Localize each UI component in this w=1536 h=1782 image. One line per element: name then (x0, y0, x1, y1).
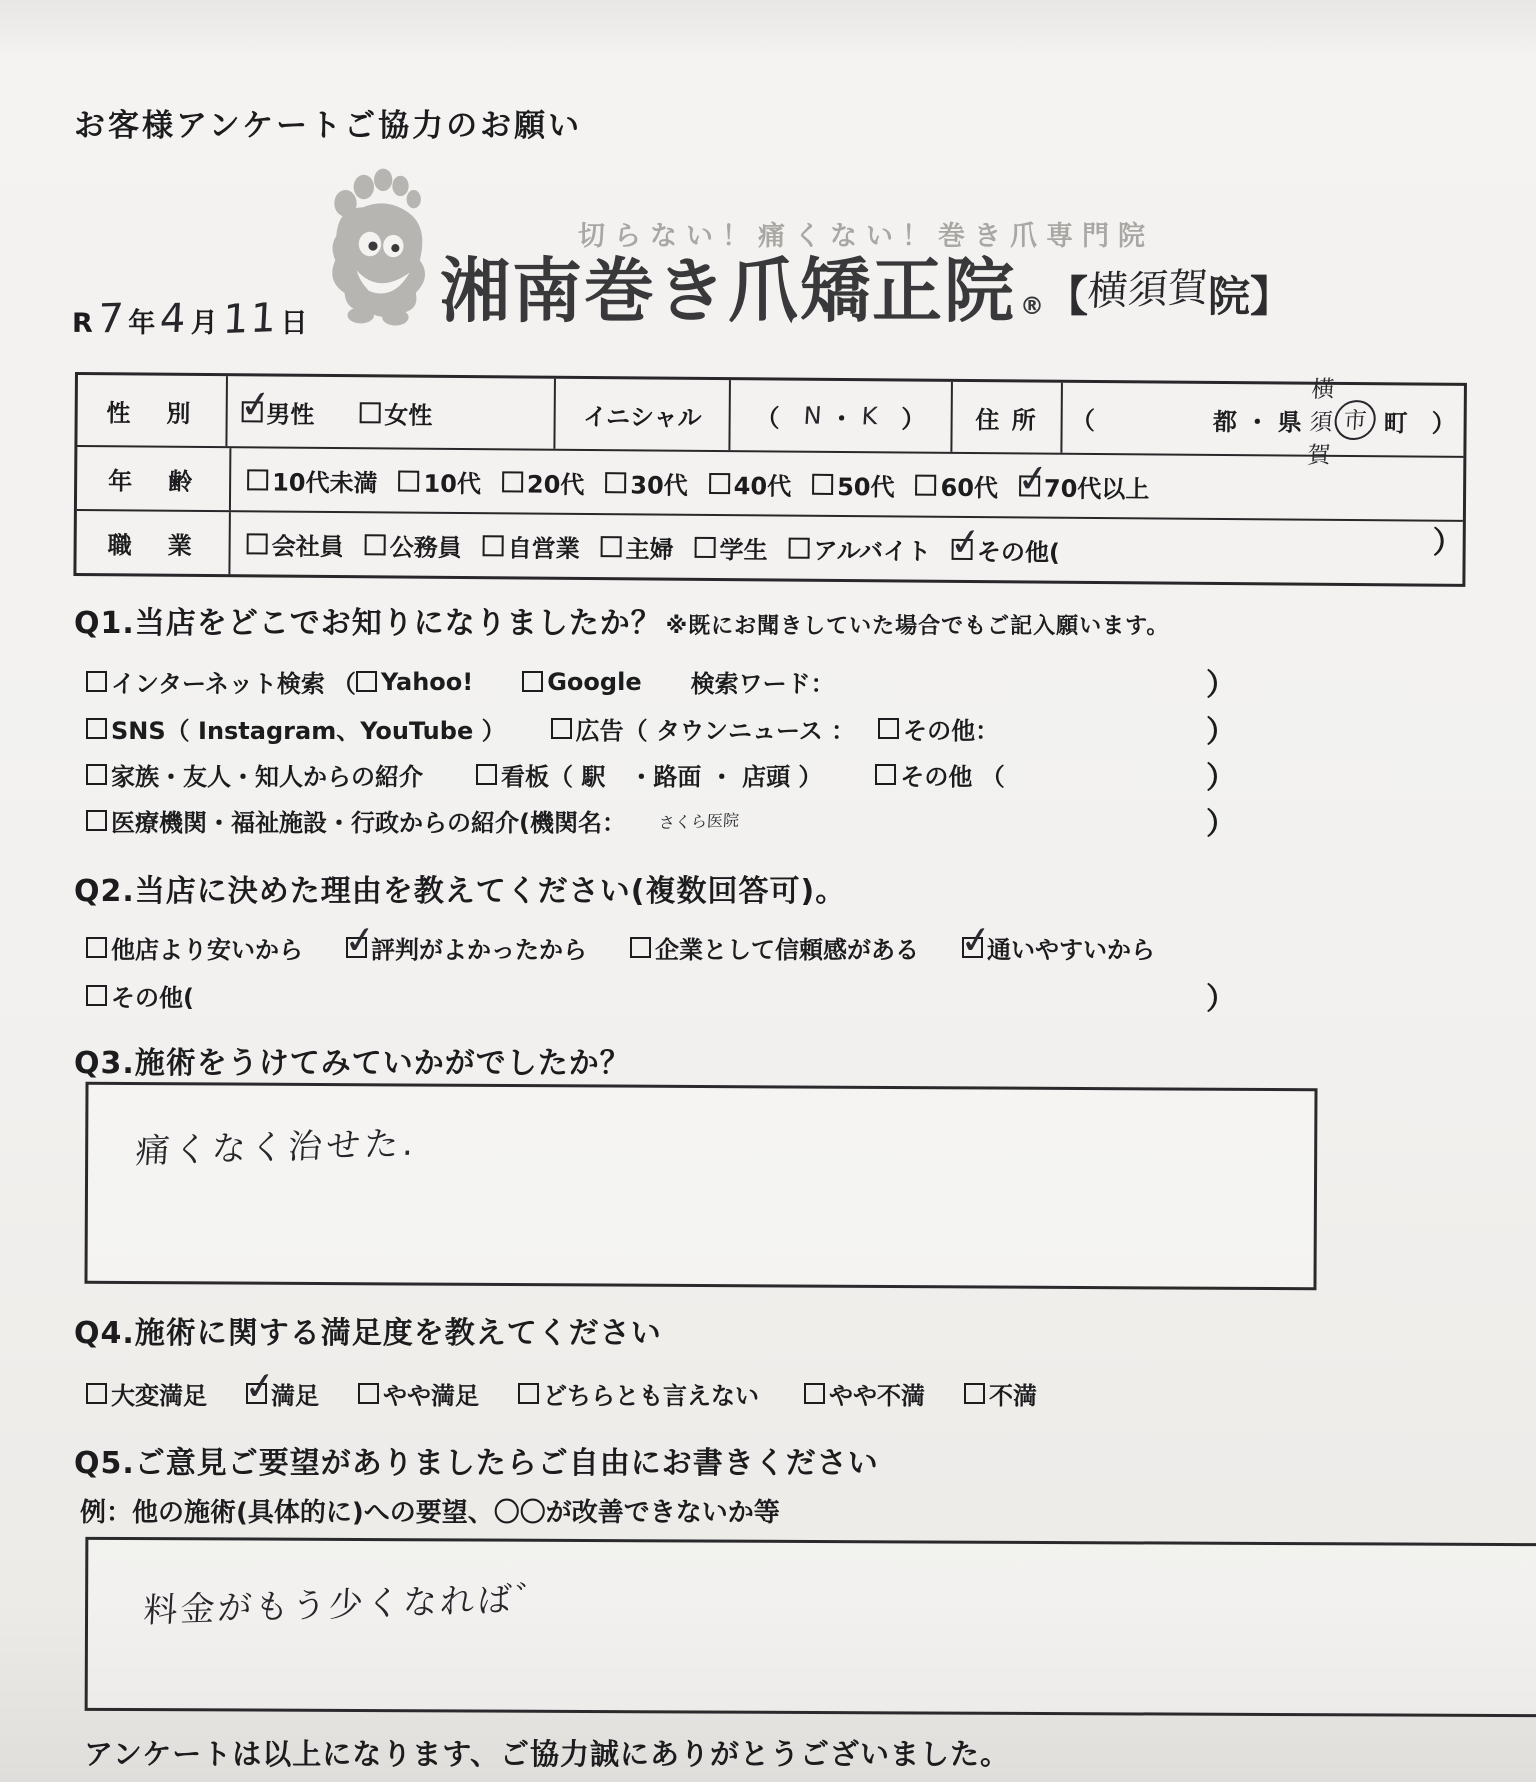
checkbox-label: 医療機関・福祉施設・行政からの紹介(機関名： (111, 803, 626, 838)
checkbox-icon: ✓ (246, 1383, 267, 1404)
registered-trademark-icon: ® (1020, 292, 1044, 320)
checkbox-option: 企業として信頼感がある (630, 930, 919, 965)
checkbox-option: その他： (878, 711, 999, 746)
checkbox-option: 女性 (359, 395, 432, 431)
checkbox-option: 他店より安いから (86, 930, 303, 965)
branch-bracket-open: 【 (1046, 272, 1088, 321)
checkbox-icon (86, 764, 107, 785)
printed-text: ） (901, 399, 925, 434)
checkbox-icon (247, 533, 268, 554)
branch-name-handwritten: 横須賀 (1086, 256, 1209, 317)
checkbox-icon (709, 472, 730, 493)
era-label: R (72, 308, 95, 339)
day-unit: 日 (281, 301, 310, 340)
checkbox-option: 広告（ タウンニュース ： (551, 711, 856, 746)
checkbox-icon (86, 810, 107, 831)
checkbox-option: ✓その他( (952, 531, 1060, 567)
checkbox-label: 通いやすいから (987, 930, 1155, 965)
checkbox-icon: ✓ (241, 401, 262, 422)
checkbox-option: ✓70代以上 (1019, 468, 1150, 504)
checkbox-label: 学生 (720, 530, 768, 565)
checkbox-option: 10代 (398, 463, 481, 499)
checkbox-icon (247, 469, 268, 490)
q3-handwritten-answer: 痛くなく治せた. (134, 1116, 418, 1173)
checkbox-label: 満足 (271, 1376, 319, 1411)
checkbox-option: SNS（ Instagram、YouTube ） (86, 711, 506, 746)
checkbox-icon (878, 718, 899, 739)
q2-heading: Q2.当店に決めた理由を教えてください(複数回答可)。 (74, 866, 846, 910)
logo-name-row: 湘南巻き爪矯正院 ® 【横須賀院】 (440, 255, 1292, 326)
checkbox-label: 他店より安いから (111, 930, 303, 965)
checkbox-icon: ✓ (346, 937, 367, 958)
checkbox-icon (502, 471, 523, 492)
checkbox-label: 20代 (527, 464, 585, 499)
checkbox-icon (483, 535, 504, 556)
q1-option-line: 家族・友人・知人からの紹介看板（ 駅 ・路面 ・ 店頭 ）その他 （） (86, 757, 1236, 792)
checkbox-icon (398, 470, 419, 491)
date-field: R 7 年 4 月 11 日 (72, 296, 310, 342)
checkbox-icon (365, 534, 386, 555)
checkbox-option: 60代 (915, 467, 998, 503)
checkbox-label: 家族・友人・知人からの紹介 (111, 757, 423, 792)
checkbox-icon (359, 402, 380, 423)
check-mark-icon: ✓ (948, 521, 983, 562)
checkbox-option: ✓通いやすいから (962, 930, 1155, 965)
q2-option-line: その他(） (86, 978, 1236, 1013)
logo-tagline: 切らない！痛くない！巻き爪専門院 (578, 214, 1154, 253)
address-value: （都 ・ 県横須賀市町 ） (1063, 383, 1464, 456)
checkbox-icon (86, 937, 107, 958)
closing-message: アンケートは以上になります、ご協力誠にありがとうございました。 (84, 1732, 1010, 1773)
year-value-handwritten: 7 (97, 296, 127, 343)
table-row-gender: 性 別 ✓男性女性 イニシャル （N・K） 住 所 （都 ・ 県横須賀市町 ） (77, 375, 1464, 456)
checkbox-icon (356, 671, 377, 692)
checkbox-icon (86, 671, 107, 692)
check-mark-icon: ✓ (342, 919, 378, 960)
checkbox-icon: ✓ (952, 538, 973, 559)
check-mark-icon: ✓ (958, 919, 994, 960)
checkbox-option: どちらとも言えない (518, 1376, 759, 1411)
q5-heading: Q5.ご意見ご要望がありましたらご自由にお書きください (74, 1438, 879, 1482)
checkbox-option: 看板（ 駅 ・路面 ・ 店頭 ） (476, 757, 822, 792)
checkbox-label: 40代 (734, 466, 792, 501)
checkbox-option: インターネット検索 (86, 664, 325, 699)
checkbox-label: 不満 (989, 1376, 1037, 1411)
checkbox-label: 広告（ タウンニュース ： (576, 711, 856, 746)
q1-option-line: SNS（ Instagram、YouTube ）広告（ タウンニュース ：その他… (86, 711, 1236, 746)
checkbox-label: やや満足 (383, 1376, 479, 1411)
day-value-handwritten: 11 (221, 295, 278, 343)
checkbox-icon (358, 1383, 379, 1404)
q5-handwritten-answer: 料金がもう少くなれば゛ (142, 1571, 553, 1632)
checkbox-option: やや不満 (804, 1376, 925, 1411)
q1-option-line: インターネット検索（Yahoo!Google検索ワード：） (86, 664, 1236, 699)
q2-option-line: 他店より安いから✓評判がよかったから企業として信頼感がある✓通いやすいから (86, 930, 1236, 965)
checkbox-icon (601, 536, 622, 557)
q5-example-text: 例：他の施術(具体的に)への要望、〇〇が改善できないか等 (80, 1492, 780, 1529)
handwritten-circled-text: 市 (1333, 400, 1377, 441)
printed-text: （ (1071, 400, 1095, 435)
checkbox-label: 70代以上 (1044, 468, 1150, 504)
checkbox-icon (964, 1383, 985, 1404)
checkbox-option: 家族・友人・知人からの紹介 (86, 757, 423, 792)
scanned-survey-form: お客様アンケートご協力のお願い 切らない！痛くない！巻き爪専門院 湘南巻き爪矯 (0, 0, 1536, 1782)
printed-text: 都 ・ 県 (1213, 401, 1302, 437)
check-mark-icon: ✓ (238, 383, 273, 424)
checkbox-option: 大変満足 (86, 1376, 207, 1411)
checkbox-icon (476, 764, 497, 785)
checkbox-option: 自営業 (483, 528, 580, 564)
checkbox-label: インターネット検索 (111, 664, 325, 699)
checkbox-label: どちらとも言えない (543, 1376, 759, 1411)
close-paren: ） (1206, 660, 1236, 704)
checkbox-icon: ✓ (962, 937, 983, 958)
checkbox-option: 医療機関・福祉施設・行政からの紹介(機関名： (86, 803, 626, 838)
checkbox-label: 50代 (837, 466, 895, 501)
checkbox-icon: ✓ (1019, 475, 1040, 496)
checkbox-label: 60代 (940, 467, 998, 502)
checkbox-label: 主婦 (626, 529, 674, 564)
printed-text: ・ (829, 398, 853, 433)
clinic-name: 湘南巻き爪矯正院 (440, 255, 1016, 326)
checkbox-label: Google (547, 668, 641, 696)
checkbox-label: やや不満 (829, 1376, 925, 1411)
close-paren: ） (1206, 799, 1236, 843)
checkbox-label: SNS（ Instagram、YouTube ） (111, 711, 506, 746)
printed-text: 検索ワード： (691, 664, 835, 699)
age-header: 年 齢 (77, 447, 231, 510)
checkbox-icon (522, 671, 543, 692)
table-row-job: 職 業 会社員公務員自営業主婦学生アルバイト✓その他(） (76, 509, 1462, 584)
checkbox-label: 会社員 (272, 526, 344, 562)
q3-heading: Q3.施術をうけてみていかがでしたか？ (74, 1038, 631, 1082)
initial-header: イニシャル (556, 379, 731, 450)
checkbox-option: 30代 (605, 465, 688, 501)
initial-value: （N・K） (731, 380, 953, 452)
foot-mascot-icon (318, 162, 430, 326)
q2-heading-text: Q2.当店に決めた理由を教えてください(複数回答可)。 (74, 866, 846, 910)
checkbox-icon (518, 1383, 539, 1404)
q1-option-line: 医療機関・福祉施設・行政からの紹介(機関名：さくら医院） (86, 803, 1236, 838)
checkbox-option: 20代 (502, 464, 585, 500)
checkbox-label: 評判がよかったから (371, 930, 587, 965)
branch-bracket-close: 院】 (1208, 272, 1292, 321)
checkbox-option: ✓男性 (241, 394, 314, 430)
checkbox-label: 30代 (630, 465, 688, 500)
checkbox-option: Google (522, 668, 641, 696)
checkbox-label: 自営業 (508, 528, 580, 564)
q1-heading: Q1.当店をどこでお知りになりましたか？ ※既にお聞きしていた場合でもご記入願い… (74, 598, 1169, 642)
check-mark-icon: ✓ (1015, 458, 1050, 499)
checkbox-label: その他 （ (900, 757, 1004, 792)
q5-answer-box: 料金がもう少くなれば゛ (85, 1537, 1536, 1717)
checkbox-icon (812, 473, 833, 494)
checkbox-option: 会社員 (247, 526, 344, 562)
close-paren: ） (1206, 753, 1236, 797)
checkbox-option: Yahoo! (356, 668, 473, 696)
check-mark-icon: ✓ (242, 1365, 278, 1406)
printed-text: 町 ） (1384, 403, 1456, 439)
checkbox-icon (630, 937, 651, 958)
profile-table: 性 別 ✓男性女性 イニシャル （N・K） 住 所 （都 ・ 県横須賀市町 ） … (73, 372, 1467, 587)
handwritten-text: K (861, 402, 878, 430)
checkbox-icon (551, 718, 572, 739)
checkbox-option: その他( (86, 978, 194, 1013)
clinic-logo: 切らない！痛くない！巻き爪専門院 湘南巻き爪矯正院 ® 【横須賀院】 (318, 162, 1292, 326)
checkbox-option: 不満 (964, 1376, 1037, 1411)
checkbox-icon (804, 1383, 825, 1404)
checkbox-label: 女性 (384, 395, 432, 430)
q4-heading: Q4.施術に関する満足度を教えてください (74, 1308, 662, 1352)
checkbox-option: 主婦 (601, 529, 674, 565)
close-paren: ） (1433, 518, 1463, 562)
branch-name: 【横須賀院】 (1046, 264, 1292, 324)
checkbox-option: 50代 (812, 466, 895, 502)
handwritten-text: 横須賀 (1307, 370, 1336, 470)
checkbox-label: 10代未満 (272, 462, 378, 498)
q4-option-line: 大変満足✓満足やや満足どちらとも言えないやや不満不満 (86, 1376, 1236, 1411)
gender-options: ✓男性女性 (227, 376, 556, 449)
month-unit: 月 (191, 301, 220, 340)
q1-heading-text: Q1.当店をどこでお知りになりましたか？ (74, 598, 662, 642)
checkbox-label: その他( (111, 978, 194, 1013)
checkbox-icon (86, 1383, 107, 1404)
year-unit: 年 (128, 301, 157, 340)
checkbox-label: その他： (903, 711, 999, 746)
checkbox-label: 公務員 (390, 527, 462, 563)
logo-text-block: 切らない！痛くない！巻き爪専門院 湘南巻き爪矯正院 ® 【横須賀院】 (440, 214, 1292, 326)
job-options: 会社員公務員自営業主婦学生アルバイト✓その他(） (230, 512, 1462, 584)
q4-heading-text: Q4.施術に関する満足度を教えてください (74, 1308, 662, 1352)
handwritten-text: さくら医院 (658, 808, 739, 834)
q1-heading-note: ※既にお聞きしていた場合でもご記入願います。 (666, 609, 1170, 640)
checkbox-option: ✓満足 (246, 1376, 319, 1411)
checkbox-label: Yahoo! (381, 668, 473, 696)
checkbox-option: 公務員 (365, 527, 462, 563)
checkbox-icon (605, 472, 626, 493)
checkbox-option: その他 （ (875, 757, 1004, 792)
checkbox-label: 看板（ 駅 ・路面 ・ 店頭 ） (501, 757, 822, 792)
table-row-age: 年 齢 10代未満10代20代30代40代50代60代✓70代以上 (77, 445, 1463, 520)
checkbox-icon (86, 718, 107, 739)
page-title: お客様アンケートご協力のお願い (74, 100, 582, 145)
checkbox-label: その他( (977, 532, 1060, 568)
printed-text: （ (755, 398, 779, 433)
q5-heading-text: Q5.ご意見ご要望がありましたらご自由にお書きください (74, 1438, 879, 1482)
checkbox-label: 大変満足 (111, 1376, 207, 1411)
address-header: 住 所 (952, 382, 1063, 453)
checkbox-label: 10代 (423, 463, 481, 498)
checkbox-icon (789, 537, 810, 558)
checkbox-label: アルバイト (814, 530, 932, 566)
checkbox-label: 企業として信頼感がある (655, 930, 919, 965)
checkbox-option: ✓評判がよかったから (346, 930, 587, 965)
checkbox-option: アルバイト (789, 530, 932, 566)
checkbox-icon (915, 474, 936, 495)
gender-header: 性 別 (77, 375, 227, 446)
month-value-handwritten: 4 (159, 296, 189, 343)
checkbox-icon (86, 985, 107, 1006)
printed-text: （ (332, 664, 356, 699)
checkbox-icon (695, 536, 716, 557)
age-options: 10代未満10代20代30代40代50代60代✓70代以上 (231, 448, 1463, 520)
job-header: 職 業 (76, 511, 230, 574)
checkbox-option: 学生 (695, 529, 768, 565)
checkbox-option: 40代 (709, 465, 792, 501)
handwritten-text: N (803, 402, 823, 430)
checkbox-option: やや満足 (358, 1376, 479, 1411)
q3-heading-text: Q3.施術をうけてみていかがでしたか？ (74, 1038, 631, 1082)
close-paren: ） (1206, 707, 1236, 751)
q3-answer-box: 痛くなく治せた. (84, 1082, 1317, 1290)
close-paren: ） (1206, 974, 1236, 1018)
checkbox-option: 10代未満 (247, 462, 378, 498)
checkbox-icon (875, 764, 896, 785)
